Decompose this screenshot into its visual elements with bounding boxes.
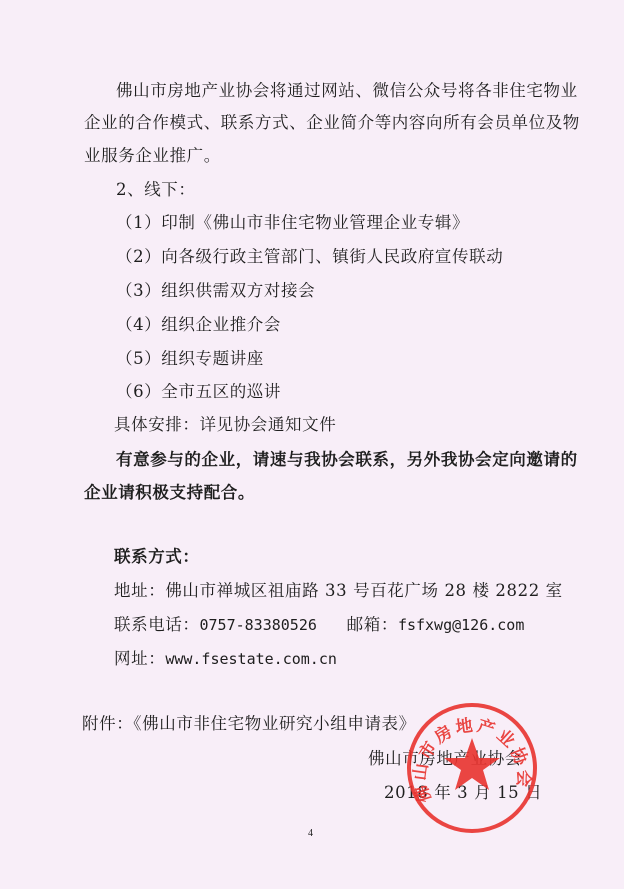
email-label: 邮箱： xyxy=(347,615,398,634)
attachment-text: 附件：《佛山市非住宅物业研究小组申请表》 xyxy=(82,713,416,735)
phone-value: 0757-83380526 xyxy=(200,616,317,634)
website-value: www.fsestate.com.cn xyxy=(165,650,337,668)
invitation-line-1: 有意参与的企业，请速与我协会联系，另外我协会定向邀请的 xyxy=(116,449,578,471)
phone-label: 联系电话： xyxy=(114,615,200,634)
invitation-line-2: 企业请积极支持配合。 xyxy=(84,482,255,504)
document-page: 佛山市房地产业协会将通过网站、微信公众号将各非住宅物业 企业的合作模式、联系方式… xyxy=(0,0,624,889)
contact-heading: 联系方式： xyxy=(114,546,200,568)
page-number: 4 xyxy=(308,828,313,839)
contact-address-row: 地址：佛山市禅城区祖庙路 33 号百花广场 28 楼 2822 室 xyxy=(114,580,563,602)
contact-phone-row: 联系电话：0757-83380526 邮箱：fsfxwg@126.com xyxy=(114,614,524,636)
address-label: 地址： xyxy=(114,581,165,600)
promotion-line-1: 佛山市房地产业协会将通过网站、微信公众号将各非住宅物业 xyxy=(116,80,578,102)
offline-item: （3）组织供需双方对接会 xyxy=(116,280,315,302)
official-seal-icon: 佛山市房地产业协会 xyxy=(404,700,540,836)
offline-item: （1）印制《佛山市非住宅物业管理企业专辑》 xyxy=(116,212,469,234)
email-value: fsfxwg@126.com xyxy=(398,616,524,634)
address-value: 佛山市禅城区祖庙路 33 号百花广场 28 楼 2822 室 xyxy=(165,581,562,600)
arrangement-text: 具体安排：详见协会通知文件 xyxy=(114,414,336,436)
offline-heading: 2、线下： xyxy=(116,179,196,201)
promotion-line-3: 业服务企业推广。 xyxy=(84,145,221,167)
contact-website-row: 网址：www.fsestate.com.cn xyxy=(114,648,337,670)
offline-item: （2）向各级行政主管部门、镇街人民政府宣传联动 xyxy=(116,246,503,268)
offline-item: （4）组织企业推介会 xyxy=(116,314,281,336)
offline-item: （6）全市五区的巡讲 xyxy=(116,381,281,403)
offline-item: （5）组织专题讲座 xyxy=(116,348,264,370)
promotion-line-2: 企业的合作模式、联系方式、企业简介等内容向所有会员单位及物 xyxy=(84,112,580,134)
website-label: 网址： xyxy=(114,649,165,668)
